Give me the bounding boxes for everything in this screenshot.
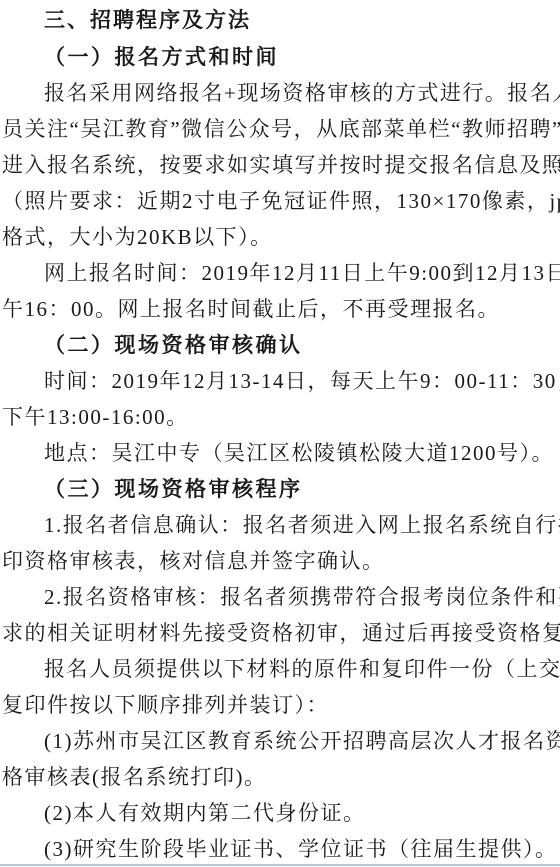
document-text-line: 1.报名者信息确认：报名者须进入网上报名系统自行打 bbox=[2, 507, 560, 543]
document-text-line: 格审核表(报名系统打印)。 bbox=[2, 759, 560, 795]
section-title: 三、招聘程序及方法 bbox=[2, 3, 560, 39]
document-text-line: 午16：00。网上报名时间截止后，不再受理报名。 bbox=[2, 291, 560, 327]
document-text-line: 报名人员须提供以下材料的原件和复印件一份（上交的 bbox=[2, 651, 560, 687]
document-text-line: (2)本人有效期内第二代身份证。 bbox=[2, 795, 560, 831]
subsection-heading: （三）现场资格审核程序 bbox=[2, 471, 560, 507]
subsection-heading: （一）报名方式和时间 bbox=[2, 39, 560, 75]
document-text-line: 下午13:00-16:00。 bbox=[2, 399, 560, 435]
document-text-line: 印资格审核表，核对信息并签字确认。 bbox=[2, 543, 560, 579]
document-text-line: 复印件按以下顺序排列并装订）： bbox=[2, 687, 560, 723]
document-page: 三、招聘程序及方法（一）报名方式和时间报名采用网络报名+现场资格审核的方式进行。… bbox=[0, 0, 560, 867]
document-text-line: 2.报名资格审核：报名者须携带符合报考岗位条件和要 bbox=[2, 579, 560, 615]
document-text-line: 报名采用网络报名+现场资格审核的方式进行。报名人 bbox=[2, 75, 560, 111]
document-text-line: 地点：吴江中专（吴江区松陵镇松陵大道1200号）。 bbox=[2, 435, 560, 471]
document-text-line: 进入报名系统，按要求如实填写并按时提交报名信息及照片 bbox=[2, 147, 560, 183]
document-text-line: 员关注“吴江教育”微信公众号，从底部菜单栏“教师招聘” bbox=[2, 111, 560, 147]
document-text-line: （照片要求：近期2寸电子免冠证件照，130×170像素，jpg bbox=[2, 183, 560, 219]
document-text-line: 网上报名时间：2019年12月11日上午9:00到12月13日下 bbox=[2, 255, 560, 291]
bottom-divider-line bbox=[0, 864, 560, 866]
subsection-heading: （二）现场资格审核确认 bbox=[2, 327, 560, 363]
document-text-line: (3)研究生阶段毕业证书、学位证书（往届生提供）。 bbox=[2, 831, 560, 867]
document-text-line: 求的相关证明材料先接受资格初审，通过后再接受资格复核。 bbox=[2, 615, 560, 651]
document-text-line: (1)苏州市吴江区教育系统公开招聘高层次人才报名资 bbox=[2, 723, 560, 759]
document-text-line: 格式，大小为20KB以下）。 bbox=[2, 219, 560, 255]
document-text-line: 时间：2019年12月13-14日，每天上午9：00-11：30； bbox=[2, 363, 560, 399]
